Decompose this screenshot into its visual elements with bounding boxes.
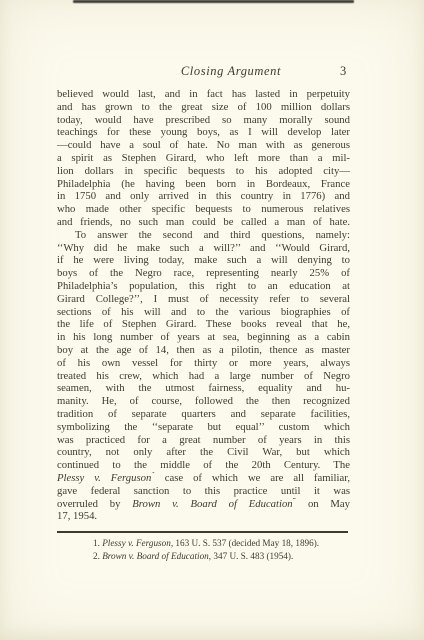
body-text-line: tradition of separate quarters and separ… <box>57 408 350 421</box>
body-text-line: in 1750 and only arrived in this country… <box>57 190 350 203</box>
body-text-line: treated his crew, which had a large numb… <box>57 370 350 383</box>
body-text-line: in his long number of years at sea, begi… <box>57 331 350 344</box>
body-text-line: ‘‘Why did he make such a will?’’ and ‘‘W… <box>57 242 350 255</box>
footnote-divider <box>57 531 348 533</box>
body-text-line: boy at the age of 14, then as a pilotin,… <box>57 344 350 357</box>
body-text-line: boys of the Negro race, representing nea… <box>57 267 350 280</box>
book-page: Closing Argument 3 believed would last, … <box>0 0 424 640</box>
body-text-line: symbolizing the ‘‘separate but equal’’ c… <box>57 421 350 434</box>
footnotes: 1. Plessy v. Ferguson, 163 U. S. 537 (de… <box>57 537 357 563</box>
body-text-line: of his own vessel for thirty or more yea… <box>57 357 350 370</box>
body-text-line: and has grown to the great size of 100 m… <box>57 101 350 114</box>
running-title: Closing Argument <box>160 64 302 79</box>
body-text-line: Philadelphia (he having been born in Bor… <box>57 178 350 191</box>
body-text-line: To answer the second and third questions… <box>57 229 350 242</box>
body-text-line: country, not only after the Civil War, b… <box>57 446 350 459</box>
body-text: believed would last, and in fact has las… <box>57 88 350 523</box>
body-text-line: believed would last, and in fact has las… <box>57 88 350 101</box>
body-text-line: gave federal sanction to this practice u… <box>57 485 350 498</box>
page-number: 3 <box>340 64 346 79</box>
body-text-line: teachings for these young boys, as I wil… <box>57 126 350 139</box>
body-text-line: lion dollars in specific bequests to his… <box>57 165 350 178</box>
body-text-line: seamen, with the utmost fairness, equali… <box>57 382 350 395</box>
body-text-line: —could have a soul of hate. No man with … <box>57 139 350 152</box>
body-text-line: Philadelphia’s population, this right to… <box>57 280 350 293</box>
body-text-line: who made other specific bequests to nume… <box>57 203 350 216</box>
body-text-line: Plessy v. Ferguson1 case of which we are… <box>57 472 350 485</box>
body-text-line: today, would have prescribed so many mor… <box>57 114 350 127</box>
body-text-line: overruled by Brown v. Board of Education… <box>57 498 350 511</box>
body-text-line: sections of his will and to the various … <box>57 306 350 319</box>
body-text-line: and friends, no such man could be called… <box>57 216 350 229</box>
footnote-line: 1. Plessy v. Ferguson, 163 U. S. 537 (de… <box>57 537 357 550</box>
body-text-line: the life of Stephen Girard. These books … <box>57 318 350 331</box>
body-text-line: a spirit as Stephen Girard, who left mor… <box>57 152 350 165</box>
footnote-line: 2. Brown v. Board of Education, 347 U. S… <box>57 550 357 563</box>
scan-artifact-bar <box>73 0 354 3</box>
body-text-line: was practiced for a great number of year… <box>57 434 350 447</box>
body-text-line: if he were living today, make such a wil… <box>57 254 350 267</box>
body-text-line: continued to the middle of the 20th Cent… <box>57 459 350 472</box>
body-text-line: 17, 1954. <box>57 510 350 523</box>
body-text-line: manity. He, of course, followed the then… <box>57 395 350 408</box>
body-text-line: Girard College?’’, I must of necessity r… <box>57 293 350 306</box>
page-header: Closing Argument 3 <box>0 64 424 80</box>
